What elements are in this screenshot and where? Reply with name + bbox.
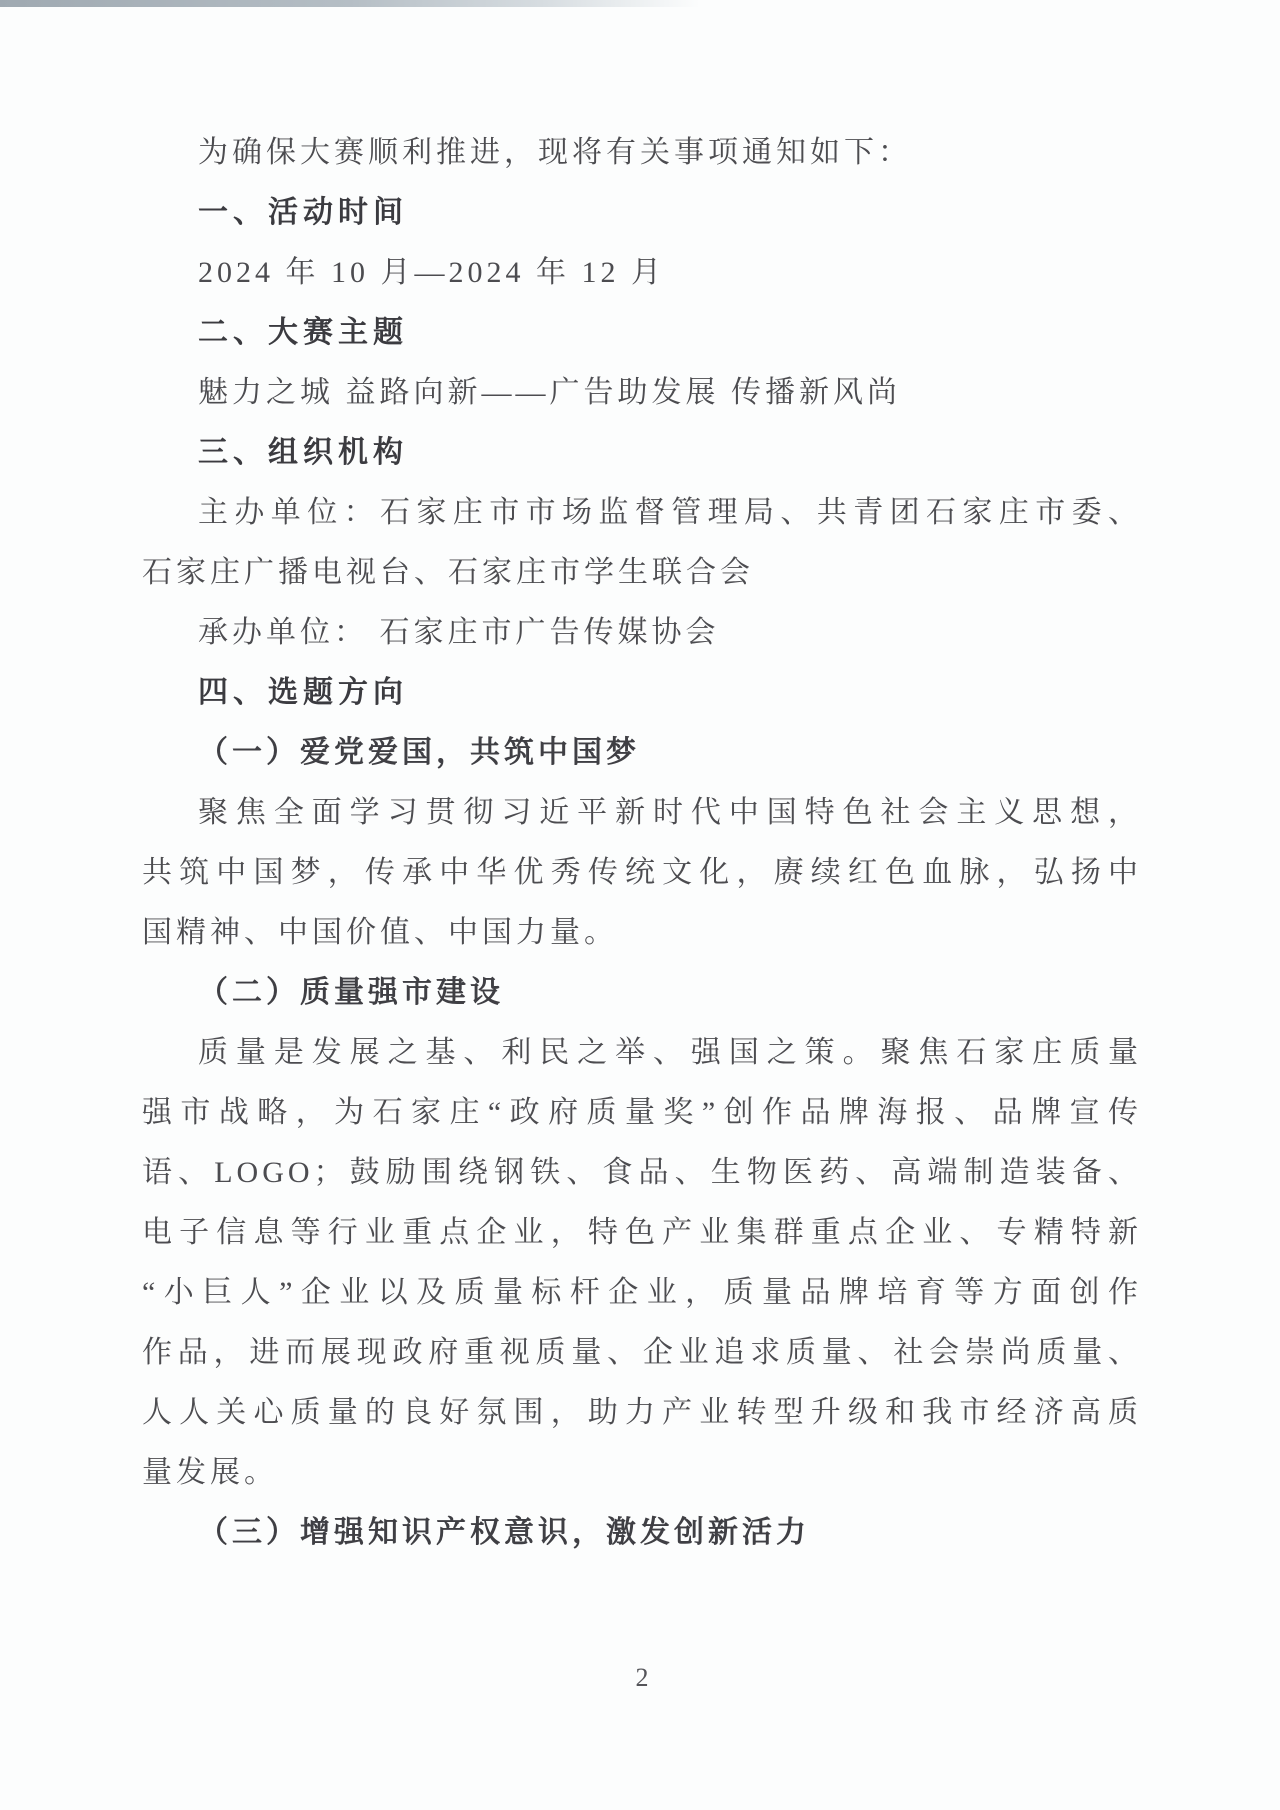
page-number: 2: [142, 1658, 1142, 1698]
text-line: 聚焦全面学习贯彻习近平新时代中国特色社会主义思想，: [142, 783, 1142, 843]
text-line: （二）质量强市建设: [142, 963, 1142, 1023]
text-line: 为确保大赛顺利推进，现将有关事项通知如下：: [142, 123, 1142, 183]
text-line: （三）增强知识产权意识，激发创新活力: [142, 1503, 1142, 1563]
text-line: （一）爱党爱国，共筑中国梦: [142, 723, 1142, 783]
text-line: 承办单位： 石家庄市广告传媒协会: [142, 603, 1142, 663]
text-line: 二、大赛主题: [142, 303, 1142, 363]
text-line: 石家庄广播电视台、石家庄市学生联合会: [142, 543, 1142, 603]
text-line: 2024 年 10 月—2024 年 12 月: [142, 243, 1142, 303]
text-line: 三、组织机构: [142, 423, 1142, 483]
text-line: 质量是发展之基、利民之举、强国之策。聚焦石家庄质量: [142, 1023, 1142, 1083]
text-line: 主办单位：石家庄市市场监督管理局、共青团石家庄市委、: [142, 483, 1142, 543]
text-line: 强市战略，为石家庄“政府质量奖”创作品牌海报、品牌宣传: [142, 1083, 1142, 1143]
text-line: 共筑中国梦，传承中华优秀传统文化，赓续红色血脉，弘扬中: [142, 843, 1142, 903]
text-line: 电子信息等行业重点企业，特色产业集群重点企业、专精特新: [142, 1203, 1142, 1263]
text-line: 一、活动时间: [142, 183, 1142, 243]
text-line: 作品，进而展现政府重视质量、企业追求质量、社会崇尚质量、: [142, 1323, 1142, 1383]
text-line: 国精神、中国价值、中国力量。: [142, 903, 1142, 963]
document-page: 为确保大赛顺利推进，现将有关事项通知如下：一、活动时间2024 年 10 月—2…: [0, 0, 1280, 1810]
text-line: 量发展。: [142, 1443, 1142, 1503]
document-body: 为确保大赛顺利推进，现将有关事项通知如下：一、活动时间2024 年 10 月—2…: [142, 123, 1142, 1563]
scan-artifact-band: [0, 0, 700, 7]
text-line: “小巨人”企业以及质量标杆企业，质量品牌培育等方面创作: [142, 1263, 1142, 1323]
text-line: 人人关心质量的良好氛围，助力产业转型升级和我市经济高质: [142, 1383, 1142, 1443]
text-line: 语、LOGO；鼓励围绕钢铁、食品、生物医药、高端制造装备、: [142, 1143, 1142, 1203]
text-line: 四、选题方向: [142, 663, 1142, 723]
text-line: 魅力之城 益路向新——广告助发展 传播新风尚: [142, 363, 1142, 423]
